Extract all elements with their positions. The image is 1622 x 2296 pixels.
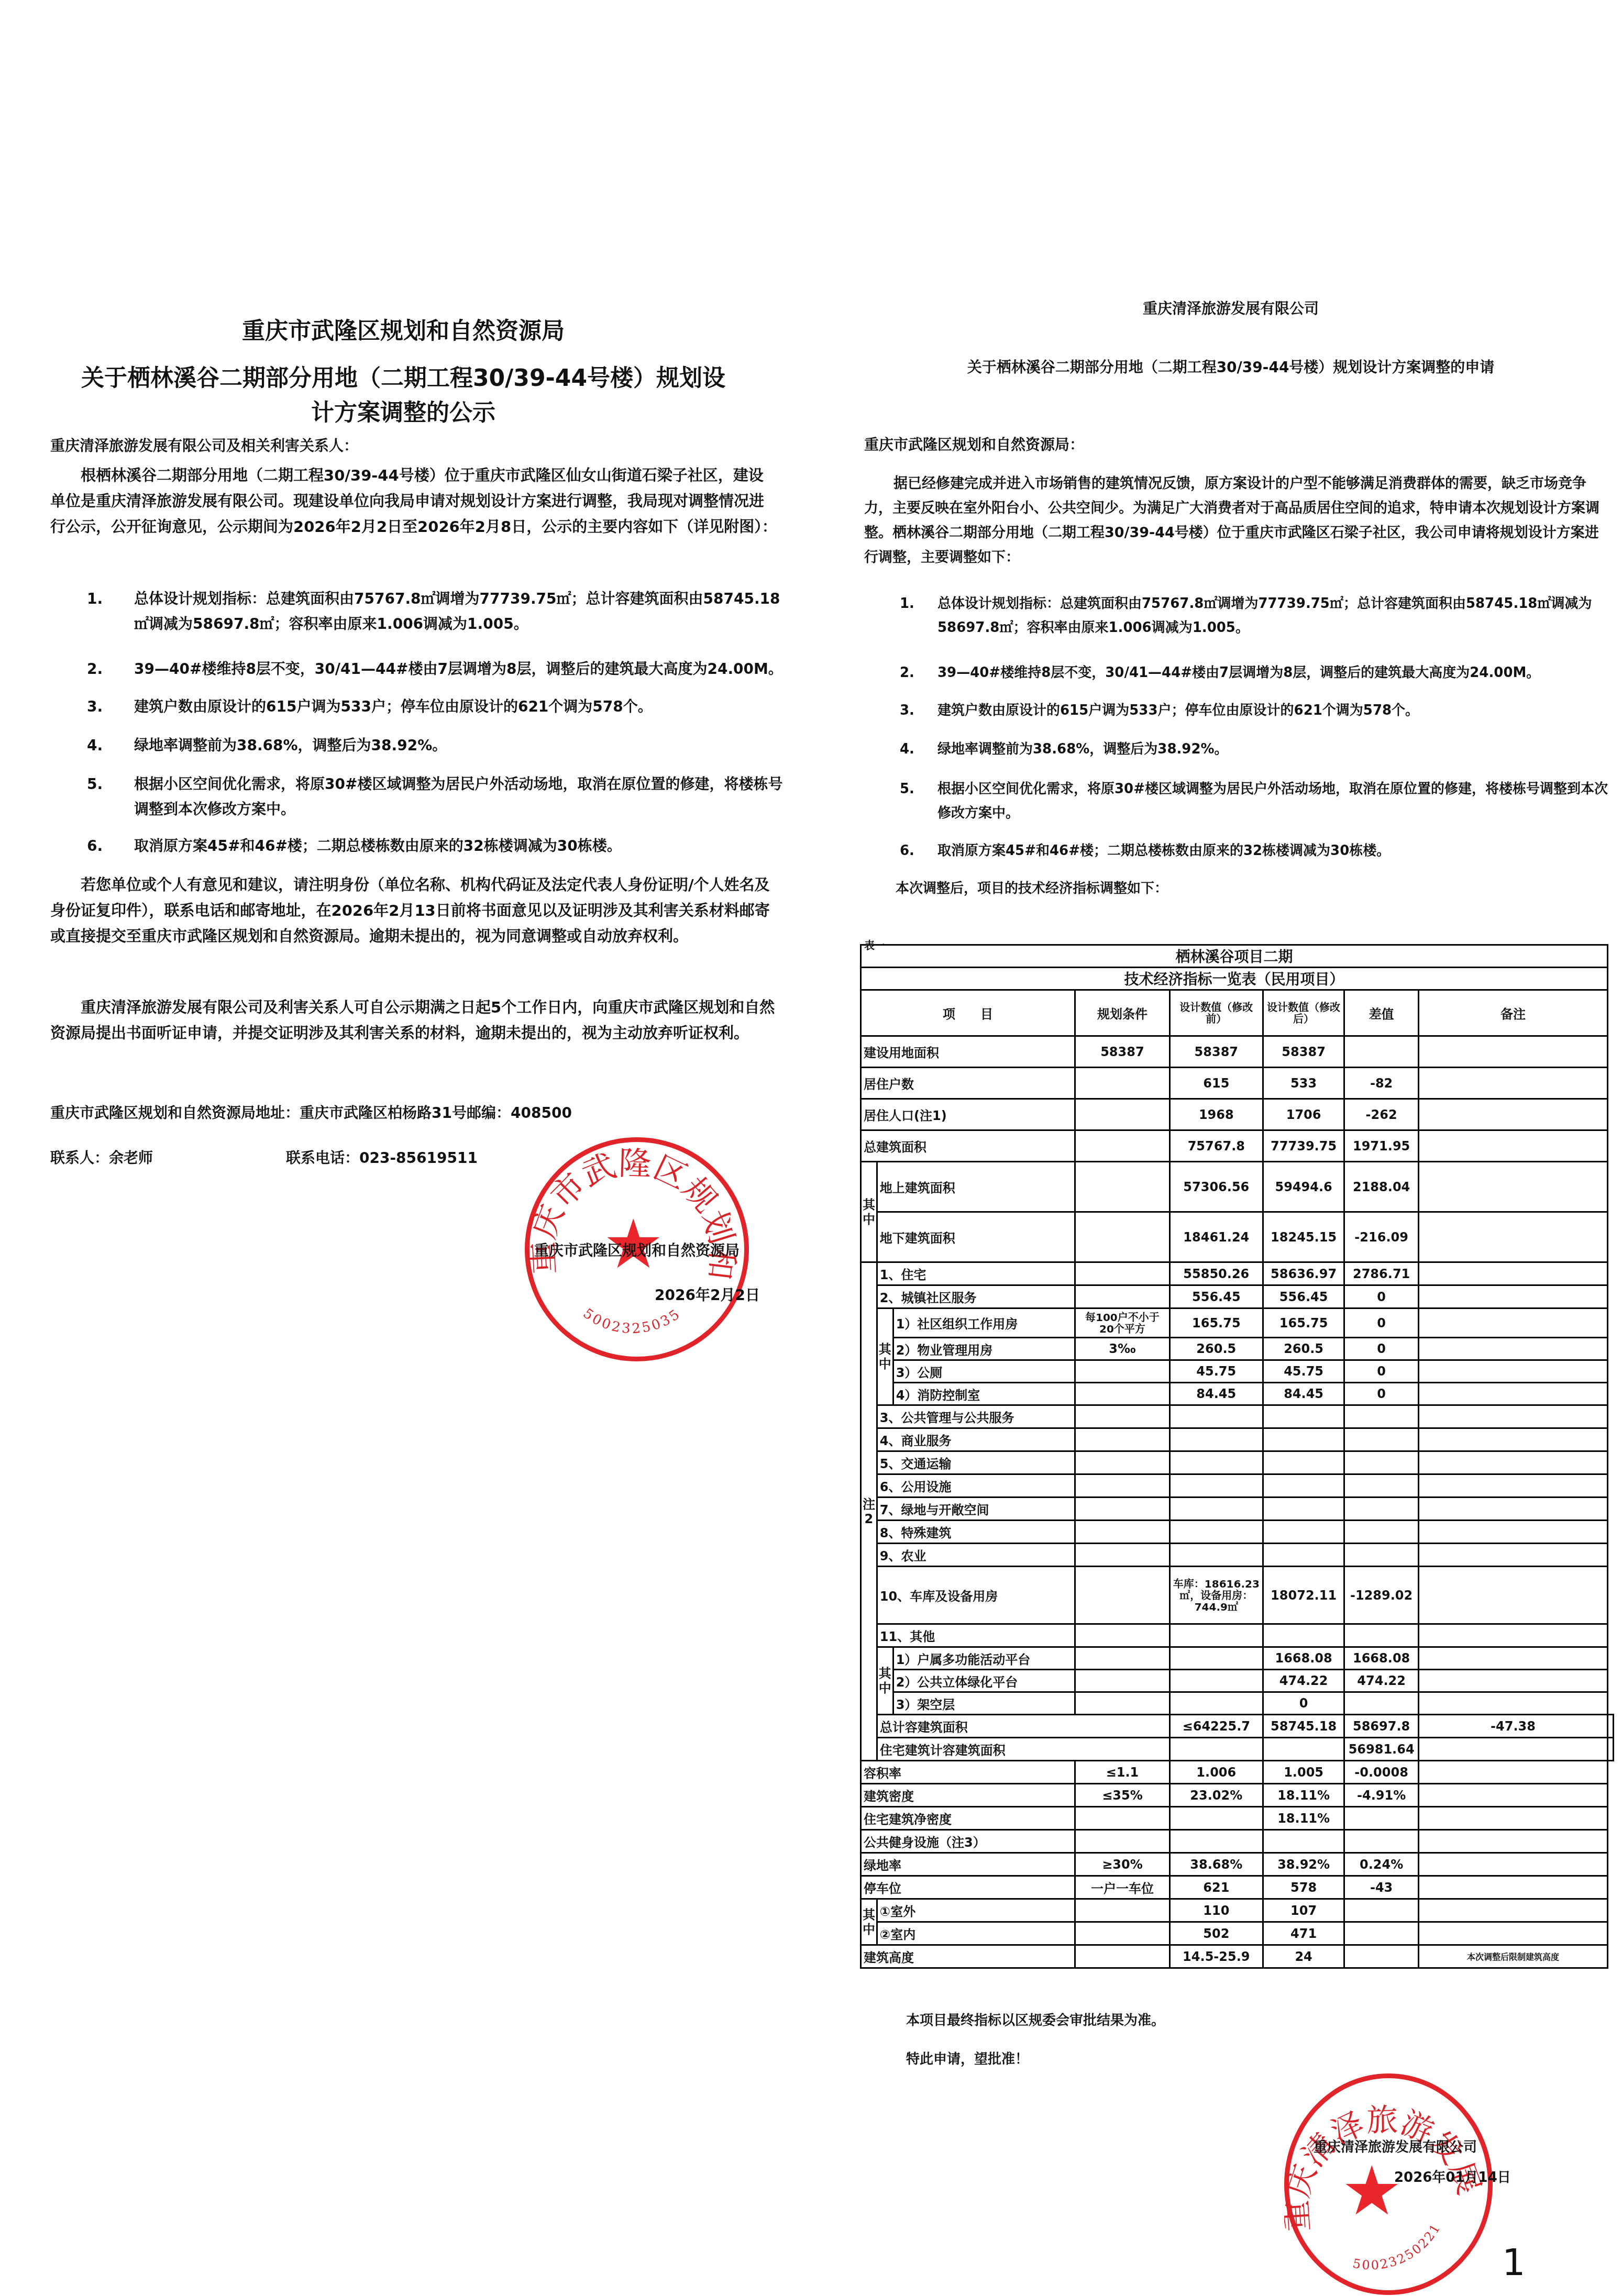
row-remarks xyxy=(1419,1692,1608,1715)
star-icon: ★ xyxy=(1341,2157,1403,2225)
row-planning-condition xyxy=(1075,1068,1169,1099)
row-planning-condition xyxy=(1075,1624,1169,1647)
table-row: 绿地率≥30%38.68%38.92%0.24% xyxy=(861,1853,1614,1876)
header-remarks: 备注 xyxy=(1419,990,1608,1036)
row-remarks xyxy=(1419,1624,1608,1647)
row-planning-condition: 58387 xyxy=(1075,1036,1169,1068)
row-remarks xyxy=(1419,1162,1608,1212)
row-planning-condition xyxy=(1075,1383,1169,1405)
row-difference xyxy=(1344,1521,1419,1544)
row-difference: 2188.04 xyxy=(1344,1162,1419,1212)
table-title-indicators: 技术经济指标一览表（民用项目） xyxy=(861,968,1608,990)
row-remarks xyxy=(1419,1212,1608,1262)
row-item: 1）社区组织工作用房 xyxy=(893,1308,1075,1338)
row-before: 75767.8 xyxy=(1169,1130,1263,1162)
row-before xyxy=(1169,1498,1263,1521)
closing-statement: 本项目最终指标以区规委会审批结果为准。 xyxy=(906,2010,1165,2029)
row-planning-condition: 一户一车位 xyxy=(1075,1876,1169,1899)
row-difference xyxy=(1344,1899,1419,1922)
table-row: 建筑密度≤35%23.02%18.11%-4.91% xyxy=(861,1784,1614,1807)
row-remarks xyxy=(1419,1068,1608,1099)
row-before xyxy=(1169,1807,1263,1830)
row-remarks xyxy=(1419,1567,1608,1624)
row-difference: -47.38 xyxy=(1419,1715,1608,1738)
row-item: 1、住宅 xyxy=(877,1262,1075,1285)
table-row: 7、绿地与开敞空间 xyxy=(861,1498,1614,1521)
row-before xyxy=(1169,1405,1263,1428)
row-planning-condition xyxy=(1075,1899,1169,1922)
table-intro: 本次调整后，项目的技术经济指标调整如下： xyxy=(864,877,1608,901)
row-item: 总计容建筑面积 xyxy=(877,1715,1169,1738)
row-remarks xyxy=(1419,1428,1608,1451)
row-before xyxy=(1263,1738,1344,1761)
row-remarks xyxy=(1419,1474,1608,1498)
row-difference: 0 xyxy=(1344,1285,1419,1308)
row-planning-condition xyxy=(1075,1099,1169,1130)
row-remarks xyxy=(1419,1670,1608,1692)
row-before: 58745.18 xyxy=(1263,1715,1344,1738)
row-planning-condition: ≤35% xyxy=(1075,1784,1169,1807)
row-remarks xyxy=(1419,1830,1608,1853)
row-remarks xyxy=(1419,1036,1608,1068)
notice-objection-paragraph: 若您单位或个人有意见和建议，请注明身份（单位名称、机构代码证及法定代表人身份证明… xyxy=(50,872,778,949)
row-item: 建设用地面积 xyxy=(861,1036,1075,1068)
notice-addressee: 重庆清泽旅游发展有限公司及相关利害关系人： xyxy=(50,435,358,456)
table-row: 建筑高度14.5-25.924本次调整后限制建筑高度 xyxy=(861,1945,1614,1968)
row-after xyxy=(1263,1428,1344,1451)
row-before: 18461.24 xyxy=(1169,1212,1263,1262)
application-intro: 据已经修建完成并进入市场销售的建筑情况反馈，原方案设计的户型不能够满足消费群体的… xyxy=(864,471,1603,570)
row-before: 110 xyxy=(1169,1899,1263,1922)
row-planning-condition: ≤1.1 xyxy=(1075,1761,1169,1784)
row-before xyxy=(1169,1647,1263,1670)
row-difference xyxy=(1344,1428,1419,1451)
table-row: 9、农业 xyxy=(861,1544,1614,1567)
tech-economic-indicators-table: 栖林溪谷项目二期 技术经济指标一览表（民用项目） 项 目 规划条件 设计数值（修… xyxy=(860,944,1614,1969)
table-row: 其中地上建筑面积57306.5659494.62188.04 xyxy=(861,1162,1614,1212)
table-row: 5、交通运输 xyxy=(861,1451,1614,1474)
row-item: 10、车库及设备用房 xyxy=(877,1567,1075,1624)
row-after: 474.22 xyxy=(1263,1670,1344,1692)
table-row: 3）公厕45.7545.750 xyxy=(861,1360,1614,1383)
row-before xyxy=(1169,1544,1263,1567)
row-item: 停车位 xyxy=(861,1876,1075,1899)
row-after xyxy=(1263,1498,1344,1521)
table-row: ②室内502471 xyxy=(861,1922,1614,1945)
row-remarks xyxy=(1419,1876,1608,1899)
table-row: 4）消防控制室84.4584.450 xyxy=(861,1383,1614,1405)
row-planning-condition xyxy=(1075,1521,1169,1544)
row-after: 1668.08 xyxy=(1263,1647,1344,1670)
row-before: 615 xyxy=(1169,1068,1263,1099)
row-after: 471 xyxy=(1263,1922,1344,1945)
application-company: 重庆清泽旅游发展有限公司 xyxy=(848,297,1613,318)
row-item: 建筑高度 xyxy=(861,1945,1075,1968)
row-item: ①室外 xyxy=(877,1899,1075,1922)
row-item: 3）架空层 xyxy=(893,1692,1075,1715)
row-item: 3、公共管理与公共服务 xyxy=(877,1405,1075,1428)
row-planning-condition xyxy=(1075,1647,1169,1670)
header-item: 项 目 xyxy=(861,990,1075,1036)
row-remarks xyxy=(1419,1360,1608,1383)
row-planning-condition: ≤64225.7 xyxy=(1169,1715,1263,1738)
notice-title-line2: 计方案调整的公示 xyxy=(0,396,807,430)
row-before: 260.5 xyxy=(1169,1338,1263,1360)
row-difference xyxy=(1419,1738,1608,1761)
row-difference: 1971.95 xyxy=(1344,1130,1419,1162)
row-before: 车库：18616.23㎡，设备用房：744.9㎡ xyxy=(1169,1567,1263,1624)
row-planning-condition xyxy=(1075,1474,1169,1498)
row-planning-condition xyxy=(1075,1360,1169,1383)
application-item: 4. 绿地率调整前为38.68%，调整后为38.92%。 xyxy=(864,737,1608,761)
seal-overlay-name: 重庆清泽旅游发展有限公司 xyxy=(1314,2136,1477,2156)
row-before xyxy=(1169,1474,1263,1498)
group-label-cell: 其中 xyxy=(861,1162,877,1262)
row-before: 165.75 xyxy=(1169,1308,1263,1338)
row-difference: 0 xyxy=(1344,1360,1419,1383)
row-difference xyxy=(1344,1544,1419,1567)
group-label-cell: 其中 xyxy=(861,1899,877,1945)
row-difference: -1289.02 xyxy=(1344,1567,1419,1624)
row-after: 18.11% xyxy=(1263,1784,1344,1807)
row-remarks xyxy=(1419,1647,1608,1670)
application-item: 6. 取消原方案45#和46#楼；二期总楼栋数由原来的32栋楼调减为30栋楼。 xyxy=(864,839,1608,863)
table-row: 2）物业管理用房3‰260.5260.50 xyxy=(861,1338,1614,1360)
row-item: 3）公厕 xyxy=(893,1360,1075,1383)
table-row: 住宅建筑计容建筑面积56981.64 xyxy=(861,1738,1614,1761)
row-planning-condition: ≥30% xyxy=(1075,1853,1169,1876)
row-after xyxy=(1263,1405,1344,1428)
row-remarks xyxy=(1419,1338,1608,1360)
table-row: 总建筑面积75767.877739.751971.95 xyxy=(861,1130,1614,1162)
header-planning-condition: 规划条件 xyxy=(1075,990,1169,1036)
row-planning-condition xyxy=(1075,1692,1169,1715)
row-planning-condition xyxy=(1075,1405,1169,1428)
table-row: 停车位一户一车位621578-43 xyxy=(861,1876,1614,1899)
row-remarks xyxy=(1419,1521,1608,1544)
row-before: 621 xyxy=(1169,1876,1263,1899)
row-before: 55850.26 xyxy=(1169,1262,1263,1285)
row-after xyxy=(1263,1521,1344,1544)
table-row: 公共健身设施（注3） xyxy=(861,1830,1614,1853)
row-planning-condition: 3‰ xyxy=(1075,1338,1169,1360)
application-item: 5. 根据小区空间优化需求，将原30#楼区域调整为居民户外活动场地，取消在原位置… xyxy=(864,777,1608,825)
row-before xyxy=(1169,1624,1263,1647)
row-after: 77739.75 xyxy=(1263,1130,1344,1162)
table-row: 注21、住宅55850.2658636.972786.71 xyxy=(861,1262,1614,1285)
row-remarks xyxy=(1419,1761,1608,1784)
row-after: 84.45 xyxy=(1263,1383,1344,1405)
row-before: 57306.56 xyxy=(1169,1162,1263,1212)
table-row: 3）架空层0 xyxy=(861,1692,1614,1715)
row-after: 578 xyxy=(1263,1876,1344,1899)
seal-overlay-name: 重庆市武隆区规划和自然资源局 xyxy=(534,1239,740,1260)
row-item: 7、绿地与开敞空间 xyxy=(877,1498,1075,1521)
table-row: 其中1）社区组织工作用房每100户不小于20个平方165.75165.750 xyxy=(861,1308,1614,1338)
application-subject: 关于栖林溪谷二期部分用地（二期工程30/39-44号楼）规划设计方案调整的申请 xyxy=(848,356,1613,377)
table-row: 建设用地面积583875838758387 xyxy=(861,1036,1614,1068)
page-number: 1 xyxy=(1502,2241,1526,2284)
notice-item: 5. 根据小区空间优化需求，将原30#楼区域调整为居民户外活动场地，取消在原位置… xyxy=(50,772,784,822)
row-difference: -43 xyxy=(1344,1876,1419,1899)
row-after: 45.75 xyxy=(1263,1360,1344,1383)
row-remarks xyxy=(1608,1715,1614,1738)
row-remarks xyxy=(1419,1130,1608,1162)
row-remarks: 本次调整后限制建筑高度 xyxy=(1419,1945,1608,1968)
row-item: 11、其他 xyxy=(877,1624,1075,1647)
table-row: 总计容建筑面积≤64225.758745.1858697.8-47.38 xyxy=(861,1715,1614,1738)
row-planning-condition xyxy=(1075,1567,1169,1624)
table-row: 2）公共立体绿化平台474.22474.22 xyxy=(861,1670,1614,1692)
row-item: 地上建筑面积 xyxy=(877,1162,1075,1212)
row-planning-condition xyxy=(1075,1428,1169,1451)
row-remarks xyxy=(1419,1544,1608,1567)
row-remarks xyxy=(1419,1099,1608,1130)
row-difference xyxy=(1344,1945,1419,1968)
row-before: 84.45 xyxy=(1169,1383,1263,1405)
row-planning-condition: 每100户不小于20个平方 xyxy=(1075,1308,1169,1338)
notice-item: 2. 39—40#楼维持8层不变，30/41—44#楼由7层调增为8层，调整后的… xyxy=(50,657,784,682)
row-before xyxy=(1169,1692,1263,1715)
row-difference: 1668.08 xyxy=(1344,1647,1419,1670)
notice-contact-person: 联系人：余老师 xyxy=(50,1147,153,1168)
row-difference: -262 xyxy=(1344,1099,1419,1130)
row-item: 6、公用设施 xyxy=(877,1474,1075,1498)
notice-item: 4. 绿地率调整前为38.68%，调整后为38.92%。 xyxy=(50,733,784,758)
row-item: 公共健身设施（注3） xyxy=(861,1830,1075,1853)
row-after: 58387 xyxy=(1263,1036,1344,1068)
notice-issuer: 重庆市武隆区规划和自然资源局 xyxy=(0,312,807,346)
row-planning-condition xyxy=(1075,1670,1169,1692)
row-planning-condition xyxy=(1075,1212,1169,1262)
row-difference: 0 xyxy=(1344,1308,1419,1338)
row-difference xyxy=(1344,1036,1419,1068)
row-item: 2）物业管理用房 xyxy=(893,1338,1075,1360)
row-item: 建筑密度 xyxy=(861,1784,1075,1807)
header-difference: 差值 xyxy=(1344,990,1419,1036)
row-after: 107 xyxy=(1263,1899,1344,1922)
row-planning-condition xyxy=(1075,1830,1169,1853)
row-remarks xyxy=(1419,1285,1608,1308)
row-after: 24 xyxy=(1263,1945,1344,1968)
row-before: 58387 xyxy=(1169,1036,1263,1068)
row-difference xyxy=(1344,1498,1419,1521)
row-item: 4）消防控制室 xyxy=(893,1383,1075,1405)
table-row: 住宅建筑净密度18.11% xyxy=(861,1807,1614,1830)
row-after: 58636.97 xyxy=(1263,1262,1344,1285)
closing-request: 特此申请，望批准！ xyxy=(906,2048,1029,2068)
row-remarks xyxy=(1419,1383,1608,1405)
row-difference xyxy=(1344,1692,1419,1715)
row-item: 4、商业服务 xyxy=(877,1428,1075,1451)
row-planning-condition xyxy=(1075,1162,1169,1212)
row-remarks xyxy=(1419,1784,1608,1807)
row-planning-condition xyxy=(1169,1738,1263,1761)
application-item: 3. 建筑户数由原设计的615户调为533户；停车位由原设计的621个调为578… xyxy=(864,698,1608,723)
row-before: 45.75 xyxy=(1169,1360,1263,1383)
row-before: 502 xyxy=(1169,1922,1263,1945)
row-item: 1）户属多功能活动平台 xyxy=(893,1647,1075,1670)
row-after: 260.5 xyxy=(1263,1338,1344,1360)
row-after xyxy=(1263,1451,1344,1474)
row-planning-condition xyxy=(1075,1285,1169,1308)
notice-hearing-paragraph: 重庆清泽旅游发展有限公司及利害关系人可自公示期满之日起5个工作日内，向重庆市武隆… xyxy=(50,995,778,1046)
table-row: 居住人口(注1)19681706-262 xyxy=(861,1099,1614,1130)
table-row: 10、车库及设备用房车库：18616.23㎡，设备用房：744.9㎡18072.… xyxy=(861,1567,1614,1624)
header-before: 设计数值（修改前） xyxy=(1169,990,1263,1036)
row-difference xyxy=(1344,1922,1419,1945)
row-difference xyxy=(1344,1830,1419,1853)
row-before: 38.68% xyxy=(1169,1853,1263,1876)
row-after: 0 xyxy=(1263,1692,1344,1715)
notice-item: 1. 总体设计规划指标：总建筑面积由75767.8㎡调增为77739.75㎡；总… xyxy=(50,586,784,637)
row-after: 59494.6 xyxy=(1263,1162,1344,1212)
row-after xyxy=(1263,1474,1344,1498)
row-before: 1968 xyxy=(1169,1099,1263,1130)
row-difference xyxy=(1344,1807,1419,1830)
notice-intro: 根栖林溪谷二期部分用地（二期工程30/39-44号楼）位于重庆市武隆区仙女山街道… xyxy=(50,463,778,540)
row-difference xyxy=(1344,1451,1419,1474)
row-difference: 0.24% xyxy=(1344,1853,1419,1876)
row-item: 住宅建筑净密度 xyxy=(861,1807,1075,1830)
row-planning-condition xyxy=(1075,1451,1169,1474)
row-item: 5、交通运输 xyxy=(877,1451,1075,1474)
application-addressee: 重庆市武隆区规划和自然资源局： xyxy=(864,434,1084,454)
row-remarks xyxy=(1419,1498,1608,1521)
row-difference: -0.0008 xyxy=(1344,1761,1419,1784)
row-difference xyxy=(1344,1405,1419,1428)
row-before: 14.5-25.9 xyxy=(1169,1945,1263,1968)
row-before xyxy=(1169,1830,1263,1853)
table-row: 11、其他 xyxy=(861,1624,1614,1647)
row-difference xyxy=(1344,1474,1419,1498)
header-after: 设计数值（修改后） xyxy=(1263,990,1344,1036)
group-label-cell: 其中 xyxy=(877,1647,893,1715)
application-item: 1. 总体设计规划指标：总建筑面积由75767.8㎡调增为77739.75㎡；总… xyxy=(864,592,1608,640)
row-remarks xyxy=(1419,1922,1608,1945)
row-remarks xyxy=(1419,1899,1608,1922)
table-row: 8、特殊建筑 xyxy=(861,1521,1614,1544)
notice-item: 6. 取消原方案45#和46#楼；二期总楼栋数由原来的32栋楼调减为30栋楼。 xyxy=(50,834,784,859)
row-item: 9、农业 xyxy=(877,1544,1075,1567)
row-remarks xyxy=(1419,1405,1608,1428)
notice-title: 关于栖林溪谷二期部分用地（二期工程30/39-44号楼）规划设 计方案调整的公示 xyxy=(0,361,807,430)
row-item: 总建筑面积 xyxy=(861,1130,1075,1162)
row-after: 533 xyxy=(1263,1068,1344,1099)
table-row: 2、城镇社区服务556.45556.450 xyxy=(861,1285,1614,1308)
row-difference: -216.09 xyxy=(1344,1212,1419,1262)
row-after: 165.75 xyxy=(1263,1308,1344,1338)
row-after: 1706 xyxy=(1263,1099,1344,1130)
seal-overlay-date: 2026年2月2日 xyxy=(655,1284,760,1305)
row-before xyxy=(1169,1428,1263,1451)
row-after: 556.45 xyxy=(1263,1285,1344,1308)
application-item: 2. 39—40#楼维持8层不变，30/41—44#楼由7层调增为8层，调整后的… xyxy=(864,661,1608,685)
table-row: 6、公用设施 xyxy=(861,1474,1614,1498)
row-item: 居住人口(注1) xyxy=(861,1099,1075,1130)
row-item: ②室内 xyxy=(877,1922,1075,1945)
table-row: 其中①室外110107 xyxy=(861,1899,1614,1922)
row-planning-condition xyxy=(1075,1130,1169,1162)
table-row: 容积率≤1.11.0061.005-0.0008 xyxy=(861,1761,1614,1784)
row-planning-condition xyxy=(1075,1498,1169,1521)
row-after xyxy=(1263,1624,1344,1647)
row-planning-condition xyxy=(1075,1262,1169,1285)
row-before xyxy=(1169,1670,1263,1692)
row-after xyxy=(1263,1830,1344,1853)
notice-contact-phone: 联系电话：023-85619511 xyxy=(286,1147,478,1168)
table-row: 4、商业服务 xyxy=(861,1428,1614,1451)
table-row: 地下建筑面积18461.2418245.15-216.09 xyxy=(861,1212,1614,1262)
row-after: 1.005 xyxy=(1263,1761,1344,1784)
notice-item: 3. 建筑户数由原设计的615户调为533户；停车位由原设计的621个调为578… xyxy=(50,694,784,719)
row-difference: 2786.71 xyxy=(1344,1262,1419,1285)
group-label-cell: 其中 xyxy=(877,1308,893,1405)
row-planning-condition xyxy=(1075,1544,1169,1567)
row-after: 58697.8 xyxy=(1344,1715,1419,1738)
row-remarks xyxy=(1608,1738,1614,1761)
row-before: 23.02% xyxy=(1169,1784,1263,1807)
row-item: 2）公共立体绿化平台 xyxy=(893,1670,1075,1692)
table-header-row: 项 目 规划条件 设计数值（修改前） 设计数值（修改后） 差值 备注 xyxy=(861,990,1614,1036)
row-remarks xyxy=(1419,1308,1608,1338)
row-difference: -4.91% xyxy=(1344,1784,1419,1807)
row-before: 556.45 xyxy=(1169,1285,1263,1308)
row-difference: 474.22 xyxy=(1344,1670,1419,1692)
row-remarks xyxy=(1419,1807,1608,1830)
row-item: 2、城镇社区服务 xyxy=(877,1285,1075,1308)
row-after: 18072.11 xyxy=(1263,1567,1344,1624)
row-before xyxy=(1169,1521,1263,1544)
row-remarks xyxy=(1419,1262,1608,1285)
row-before xyxy=(1169,1451,1263,1474)
row-item: 绿地率 xyxy=(861,1853,1075,1876)
row-after: 38.92% xyxy=(1263,1853,1344,1876)
row-after: 56981.64 xyxy=(1344,1738,1419,1761)
table-row: 其中1）户属多功能活动平台1668.081668.08 xyxy=(861,1647,1614,1670)
table-row: 3、公共管理与公共服务 xyxy=(861,1405,1614,1428)
table-title-project: 栖林溪谷项目二期 xyxy=(861,945,1608,968)
row-item: 8、特殊建筑 xyxy=(877,1521,1075,1544)
seal-overlay-date: 2026年01月14日 xyxy=(1394,2167,1511,2186)
row-difference: 0 xyxy=(1344,1338,1419,1360)
row-remarks xyxy=(1419,1853,1608,1876)
row-after xyxy=(1263,1544,1344,1567)
group-label-cell: 注2 xyxy=(861,1262,877,1761)
row-after: 18245.15 xyxy=(1263,1212,1344,1262)
row-planning-condition xyxy=(1075,1945,1169,1968)
row-difference: -82 xyxy=(1344,1068,1419,1099)
row-planning-condition xyxy=(1075,1922,1169,1945)
row-before: 1.006 xyxy=(1169,1761,1263,1784)
row-item: 住宅建筑计容建筑面积 xyxy=(877,1738,1169,1761)
row-difference xyxy=(1344,1624,1419,1647)
row-item: 居住户数 xyxy=(861,1068,1075,1099)
notice-title-line1: 关于栖林溪谷二期部分用地（二期工程30/39-44号楼）规划设 xyxy=(0,361,807,396)
row-remarks xyxy=(1419,1451,1608,1474)
row-after: 18.11% xyxy=(1263,1807,1344,1830)
notice-address: 重庆市武隆区规划和自然资源局地址：重庆市武隆区柏杨路31号邮编：408500 xyxy=(50,1102,572,1123)
row-item: 地下建筑面积 xyxy=(877,1212,1075,1262)
row-difference: 0 xyxy=(1344,1383,1419,1405)
row-planning-condition xyxy=(1075,1807,1169,1830)
table-row: 居住户数615533-82 xyxy=(861,1068,1614,1099)
row-item: 容积率 xyxy=(861,1761,1075,1784)
